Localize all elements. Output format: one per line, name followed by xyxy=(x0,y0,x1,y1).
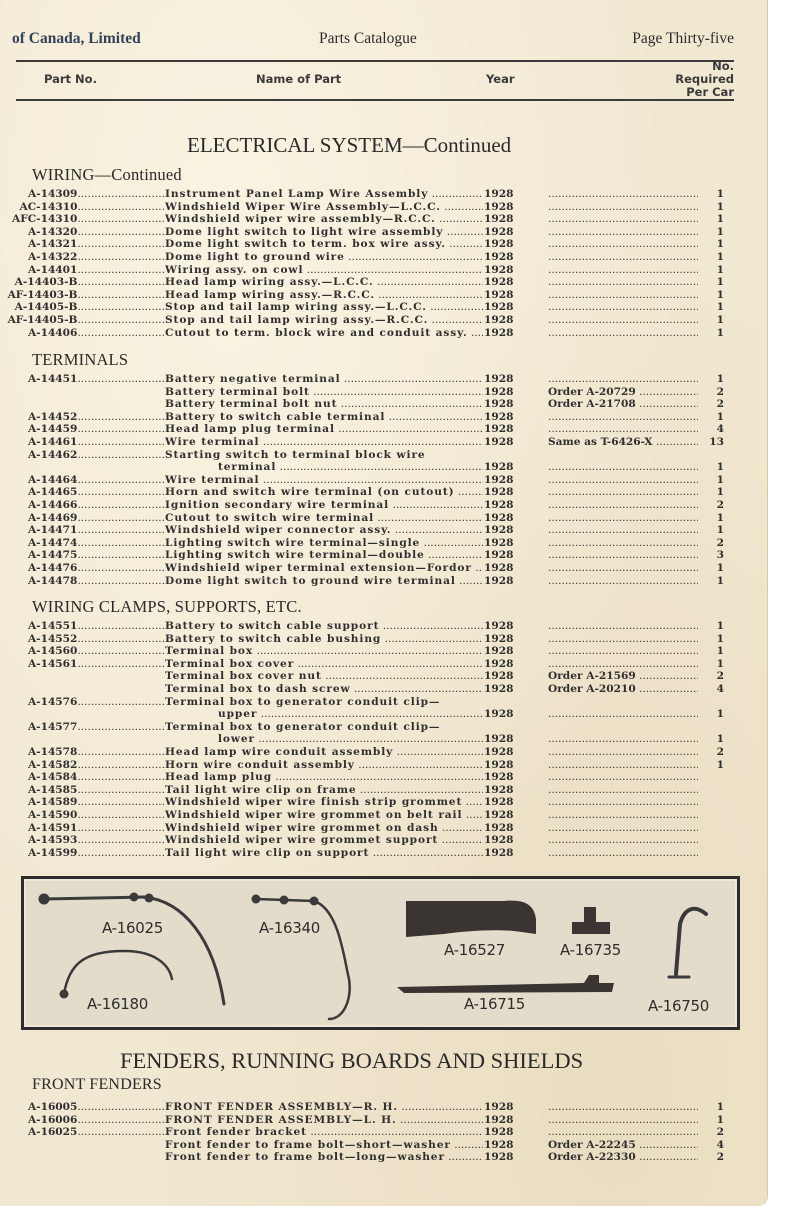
table-row: A-14320..........................Dome li… xyxy=(0,226,767,239)
table-row-continuation: lower19281 xyxy=(0,733,767,746)
part-name-continued: lower xyxy=(218,733,483,746)
part-number-cell: A-14459.......................... xyxy=(0,423,165,436)
part-number: A-14465 xyxy=(28,486,77,498)
table-row: Battery terminal bolt nut1928Order A-217… xyxy=(0,398,767,411)
table-row: AF-14405-B..........................Stop… xyxy=(0,314,767,327)
table-row: A-14591..........................Windshi… xyxy=(0,822,767,835)
part-number-cell: A-14466.......................... xyxy=(0,499,165,512)
leader-dots: .......................... xyxy=(77,373,165,385)
table-row: A-14462..........................Startin… xyxy=(0,449,767,462)
year: 1928 xyxy=(484,822,514,835)
year: 1928 xyxy=(484,658,514,671)
table-row: A-16005..........................FRONT F… xyxy=(0,1101,767,1114)
leader-dots: .......................... xyxy=(77,645,165,657)
year: 1928 xyxy=(484,809,514,822)
leader-dots: .......................... xyxy=(77,314,165,326)
table-row: A-14478..........................Dome li… xyxy=(0,575,767,588)
part-name: FRONT FENDER ASSEMBLY—L. H. xyxy=(165,1114,483,1127)
part-number: A-14403-B xyxy=(15,276,78,288)
leader-dots: .......................... xyxy=(77,1114,165,1126)
part-name: Terminal box to generator conduit clip— xyxy=(165,696,483,709)
year: 1928 xyxy=(484,499,514,512)
table-row: A-14321..........................Dome li… xyxy=(0,238,767,251)
part-name: Battery terminal bolt nut xyxy=(165,398,483,411)
year: 1928 xyxy=(484,746,514,759)
leader-dots: .......................... xyxy=(77,1101,165,1113)
part-number-cell: A-14461.......................... xyxy=(0,436,165,449)
quantity: 2 xyxy=(708,537,724,550)
part-name: Horn and switch wire terminal (on cutout… xyxy=(165,486,483,499)
leader-dots: .......................... xyxy=(77,847,165,859)
year: 1928 xyxy=(484,289,514,302)
order-note xyxy=(548,474,698,487)
part-number-cell: A-14401.......................... xyxy=(0,264,165,277)
table-row: A-14589..........................Windshi… xyxy=(0,796,767,809)
part-number: A-14322 xyxy=(28,251,77,263)
order-note xyxy=(548,314,698,327)
year: 1928 xyxy=(484,683,514,696)
part-name: Terminal box to generator conduit clip— xyxy=(165,721,483,734)
year: 1928 xyxy=(484,575,514,588)
leader-dots: .......................... xyxy=(77,759,165,771)
table-row: A-14403-B..........................Head … xyxy=(0,276,767,289)
part-number-cell: A-14321.......................... xyxy=(0,238,165,251)
year: 1928 xyxy=(484,201,514,214)
order-note: Order A-22245 xyxy=(548,1139,698,1152)
table-row: A-14466..........................Ignitio… xyxy=(0,499,767,512)
part-number-cell: AF-14403-B.......................... xyxy=(0,289,165,302)
table-row: A-14475..........................Lightin… xyxy=(0,549,767,562)
part-name: Windshield Wiper Wire Assembly—L.C.C. xyxy=(165,201,483,214)
order-note xyxy=(548,524,698,537)
quantity: 1 xyxy=(708,708,724,721)
order-note xyxy=(548,373,698,386)
year: 1928 xyxy=(484,213,514,226)
part-number-cell: A-14582.......................... xyxy=(0,759,165,772)
year: 1928 xyxy=(484,188,514,201)
quantity: 1 xyxy=(708,238,724,251)
leader-dots: .......................... xyxy=(77,549,165,561)
order-note xyxy=(548,301,698,314)
part-number: A-14462 xyxy=(28,449,77,461)
table-row: Battery terminal bolt1928Order A-207292 xyxy=(0,386,767,399)
quantity: 13 xyxy=(708,436,724,449)
table-row: A-14578..........................Head la… xyxy=(0,746,767,759)
order-note: Order A-20729 xyxy=(548,386,698,399)
order-note xyxy=(548,264,698,277)
order-note xyxy=(548,226,698,239)
part-name: Stop and tail lamp wiring assy.—L.C.C. xyxy=(165,301,483,314)
quantity: 1 xyxy=(708,327,724,340)
part-number-cell: A-14403-B.......................... xyxy=(0,276,165,289)
part-name: Head lamp wiring assy.—L.C.C. xyxy=(165,276,483,289)
part-number: A-14461 xyxy=(28,436,77,448)
page-number: Page Thirty-five xyxy=(632,30,734,48)
leader-dots: .......................... xyxy=(77,327,165,339)
part-number-cell: A-14320.......................... xyxy=(0,226,165,239)
year: 1928 xyxy=(484,386,514,399)
leader-dots: .......................... xyxy=(77,633,165,645)
part-number: A-14599 xyxy=(28,847,77,859)
leader-dots: .......................... xyxy=(77,201,165,213)
year: 1928 xyxy=(484,238,514,251)
section-title: ELECTRICAL SYSTEM—Continued xyxy=(187,133,511,158)
figure-label: A-16527 xyxy=(444,941,505,959)
part-name: Terminal box cover xyxy=(165,658,483,671)
part-name: Front fender to frame bolt—short—washer xyxy=(165,1139,483,1152)
leader-dots: .......................... xyxy=(77,423,165,435)
quantity: 2 xyxy=(708,398,724,411)
order-note xyxy=(548,562,698,575)
col-year: Year xyxy=(486,72,515,86)
order-note xyxy=(548,822,698,835)
year: 1928 xyxy=(484,796,514,809)
order-note xyxy=(548,327,698,340)
quantity: 1 xyxy=(708,474,724,487)
part-number: A-14452 xyxy=(28,411,77,423)
table-row: A-14552..........................Battery… xyxy=(0,633,767,646)
part-number: AC-14310 xyxy=(20,201,78,213)
year: 1928 xyxy=(484,486,514,499)
quantity: 1 xyxy=(708,620,724,633)
leader-dots: .......................... xyxy=(77,784,165,796)
part-number-cell: A-16006.......................... xyxy=(0,1114,165,1127)
order-note xyxy=(548,620,698,633)
year: 1928 xyxy=(484,461,514,474)
figure-label: A-16715 xyxy=(464,995,525,1013)
order-note xyxy=(548,537,698,550)
year: 1928 xyxy=(484,771,514,784)
order-note xyxy=(548,549,698,562)
part-name: Front fender to frame bolt—long—washer xyxy=(165,1151,483,1164)
quantity: 1 xyxy=(708,276,724,289)
year: 1928 xyxy=(484,733,514,746)
table-row: Front fender to frame bolt—short—washer1… xyxy=(0,1139,767,1152)
part-number: AFC-14310 xyxy=(12,213,77,225)
quantity: 2 xyxy=(708,386,724,399)
year: 1928 xyxy=(484,620,514,633)
quantity: 1 xyxy=(708,213,724,226)
figure-label: A-16340 xyxy=(259,919,320,937)
leader-dots: .......................... xyxy=(77,834,165,846)
table-row: AC-14310..........................Windsh… xyxy=(0,201,767,214)
table-row: A-14309..........................Instrum… xyxy=(0,188,767,201)
quantity: 1 xyxy=(708,512,724,525)
order-note xyxy=(548,276,698,289)
leader-dots: .......................... xyxy=(77,537,165,549)
leader-dots: .......................... xyxy=(77,771,165,783)
table-row: A-14599..........................Tail li… xyxy=(0,847,767,860)
leader-dots: .......................... xyxy=(77,696,165,708)
year: 1928 xyxy=(484,301,514,314)
part-number: A-14464 xyxy=(28,474,77,486)
part-name: Dome light switch to ground wire termina… xyxy=(165,575,483,588)
year: 1928 xyxy=(484,327,514,340)
table-row: A-16025..........................Front f… xyxy=(0,1126,767,1139)
quantity: 1 xyxy=(708,759,724,772)
part-name: Windshield wiper wire grommet on dash xyxy=(165,822,483,835)
part-name: Wiring assy. on cowl xyxy=(165,264,483,277)
table-row: A-14590..........................Windshi… xyxy=(0,809,767,822)
part-name-continued: terminal xyxy=(218,461,483,474)
quantity: 1 xyxy=(708,658,724,671)
figure-label: A-16750 xyxy=(648,997,709,1015)
part-number-cell: A-16025.......................... xyxy=(0,1126,165,1139)
year: 1928 xyxy=(484,436,514,449)
part-name: Horn wire conduit assembly xyxy=(165,759,483,772)
year: 1928 xyxy=(484,264,514,277)
year: 1928 xyxy=(484,512,514,525)
part-number: A-14593 xyxy=(28,834,77,846)
part-number: AF-14403-B xyxy=(8,289,78,301)
order-note: Same as T-6426-X xyxy=(548,436,698,449)
part-name: Head lamp plug xyxy=(165,771,483,784)
quantity: 1 xyxy=(708,251,724,264)
part-name: Dome light switch to term. box wire assy… xyxy=(165,238,483,251)
leader-dots: .......................... xyxy=(77,809,165,821)
table-row: A-14476..........................Windshi… xyxy=(0,562,767,575)
part-number: A-14466 xyxy=(28,499,77,511)
order-note xyxy=(548,746,698,759)
quantity: 1 xyxy=(708,524,724,537)
part-name: Battery negative terminal xyxy=(165,373,483,386)
part-number: A-14475 xyxy=(28,549,77,561)
part-number-cell: A-14452.......................... xyxy=(0,411,165,424)
quantity: 1 xyxy=(708,289,724,302)
year: 1928 xyxy=(484,784,514,797)
leader-dots: .......................... xyxy=(77,822,165,834)
quantity: 1 xyxy=(708,633,724,646)
part-number-cell: A-14560.......................... xyxy=(0,645,165,658)
figure-label: A-16735 xyxy=(560,941,621,959)
order-note xyxy=(548,512,698,525)
part-number-cell: A-14578.......................... xyxy=(0,746,165,759)
leader-dots: .......................... xyxy=(77,562,165,574)
table-row: A-14459..........................Head la… xyxy=(0,423,767,436)
part-name: Terminal box xyxy=(165,645,483,658)
year: 1928 xyxy=(484,276,514,289)
table-row: A-14406..........................Cutout … xyxy=(0,327,767,340)
part-number-cell: AF-14405-B.......................... xyxy=(0,314,165,327)
part-number: A-14552 xyxy=(28,633,77,645)
part-name: Terminal box cover nut xyxy=(165,670,483,683)
part-number-cell: A-14576.......................... xyxy=(0,696,165,709)
group-heading-clamps: WIRING CLAMPS, SUPPORTS, ETC. xyxy=(32,597,302,617)
col-required-line3: Per Car xyxy=(675,86,734,99)
quantity: 1 xyxy=(708,264,724,277)
part-name: Ignition secondary wire terminal xyxy=(165,499,483,512)
col-part-no: Part No. xyxy=(44,72,97,86)
part-number-cell: A-14405-B.......................... xyxy=(0,301,165,314)
quantity: 2 xyxy=(708,670,724,683)
part-name: Cutout to term. block wire and conduit a… xyxy=(165,327,483,340)
year: 1928 xyxy=(484,1139,514,1152)
year: 1928 xyxy=(484,1101,514,1114)
quantity: 1 xyxy=(708,562,724,575)
figure-label: A-16180 xyxy=(87,995,148,1013)
order-note xyxy=(548,238,698,251)
part-number: A-14585 xyxy=(28,784,77,796)
table-row: AFC-14310..........................Winds… xyxy=(0,213,767,226)
table-row: A-14464..........................Wire te… xyxy=(0,474,767,487)
year: 1928 xyxy=(484,524,514,537)
table-row: A-14469..........................Cutout … xyxy=(0,512,767,525)
part-number: A-16005 xyxy=(28,1101,77,1113)
part-name: Dome light to ground wire xyxy=(165,251,483,264)
order-note xyxy=(548,658,698,671)
order-note xyxy=(548,486,698,499)
part-number-cell: AC-14310.......................... xyxy=(0,201,165,214)
table-row: A-14561..........................Termina… xyxy=(0,658,767,671)
year: 1928 xyxy=(484,670,514,683)
year: 1928 xyxy=(484,226,514,239)
order-note xyxy=(548,708,698,721)
part-number: A-14560 xyxy=(28,645,77,657)
leader-dots: .......................... xyxy=(77,226,165,238)
year: 1928 xyxy=(484,411,514,424)
part-name: FRONT FENDER ASSEMBLY—R. H. xyxy=(165,1101,483,1114)
order-note xyxy=(548,784,698,797)
order-note xyxy=(548,1101,698,1114)
part-number-cell: A-14451.......................... xyxy=(0,373,165,386)
part-number: A-14590 xyxy=(28,809,77,821)
year: 1928 xyxy=(484,645,514,658)
order-note: Order A-22330 xyxy=(548,1151,698,1164)
leader-dots: .......................... xyxy=(77,188,165,200)
quantity: 1 xyxy=(708,411,724,424)
table-row: A-14560..........................Termina… xyxy=(0,645,767,658)
part-name: Lighting switch wire terminal—double xyxy=(165,549,483,562)
part-number: A-14471 xyxy=(28,524,77,536)
table-row: A-14474..........................Lightin… xyxy=(0,537,767,550)
leader-dots: .......................... xyxy=(77,575,165,587)
part-number: A-14405-B xyxy=(15,301,78,313)
year: 1928 xyxy=(484,633,514,646)
order-note xyxy=(548,251,698,264)
part-name: Terminal box to dash screw xyxy=(165,683,483,696)
part-number: A-14451 xyxy=(28,373,77,385)
table-row: A-14585..........................Tail li… xyxy=(0,784,767,797)
part-number: A-14478 xyxy=(28,575,77,587)
part-name: Head lamp plug terminal xyxy=(165,423,483,436)
part-number: A-14578 xyxy=(28,746,77,758)
leader-dots: .......................... xyxy=(77,213,165,225)
part-number-cell: A-14599.......................... xyxy=(0,847,165,860)
table-row: AF-14403-B..........................Head… xyxy=(0,289,767,302)
table-row: A-14582..........................Horn wi… xyxy=(0,759,767,772)
table-row: A-14452..........................Battery… xyxy=(0,411,767,424)
part-number-cell: A-14474.......................... xyxy=(0,537,165,550)
quantity: 2 xyxy=(708,499,724,512)
part-name: Tail light wire clip on support xyxy=(165,847,483,860)
year: 1928 xyxy=(484,1126,514,1139)
table-row: Terminal box cover nut1928Order A-215692 xyxy=(0,670,767,683)
part-name: Battery to switch cable bushing xyxy=(165,633,483,646)
part-name: Wire terminal xyxy=(165,474,483,487)
part-name: Instrument Panel Lamp Wire Assembly xyxy=(165,188,483,201)
order-note xyxy=(548,499,698,512)
year: 1928 xyxy=(484,1151,514,1164)
part-name: Battery terminal bolt xyxy=(165,386,483,399)
col-required: No. Required Per Car xyxy=(675,60,734,99)
part-number-cell: A-14551.......................... xyxy=(0,620,165,633)
order-note xyxy=(548,834,698,847)
order-note xyxy=(548,213,698,226)
part-number-cell: A-14322.......................... xyxy=(0,251,165,264)
quantity: 1 xyxy=(708,733,724,746)
order-note xyxy=(548,201,698,214)
order-note xyxy=(548,188,698,201)
quantity: 1 xyxy=(708,575,724,588)
part-name: Battery to switch cable support xyxy=(165,620,483,633)
leader-dots: .......................... xyxy=(77,1126,165,1138)
table-row: A-14405-B..........................Stop … xyxy=(0,301,767,314)
part-number-cell: A-14471.......................... xyxy=(0,524,165,537)
quantity: 1 xyxy=(708,188,724,201)
page-header: of Canada, Limited Parts Catalogue Page … xyxy=(12,30,734,52)
part-number: A-14459 xyxy=(28,423,77,435)
part-number: A-14476 xyxy=(28,562,77,574)
part-number: A-14584 xyxy=(28,771,77,783)
part-number: A-14576 xyxy=(28,696,77,708)
part-number: A-14309 xyxy=(28,188,77,200)
leader-dots: .......................... xyxy=(77,436,165,448)
part-name: Stop and tail lamp wiring assy.—R.C.C. xyxy=(165,314,483,327)
order-note xyxy=(548,809,698,822)
table-row-continuation: terminal19281 xyxy=(0,461,767,474)
year: 1928 xyxy=(484,474,514,487)
part-number: A-14551 xyxy=(28,620,77,632)
part-number: A-14321 xyxy=(28,238,77,250)
leader-dots: .......................... xyxy=(77,620,165,632)
part-number-cell: A-14561.......................... xyxy=(0,658,165,671)
parts-illustration: A-16025 A-16340 A-16527 A-16735 A-16180 … xyxy=(21,876,740,1030)
table-row: A-14584..........................Head la… xyxy=(0,771,767,784)
part-name: Front fender bracket xyxy=(165,1126,483,1139)
header-rule-bottom xyxy=(16,99,734,101)
part-number-cell: A-14584.......................... xyxy=(0,771,165,784)
leader-dots: .......................... xyxy=(77,449,165,461)
group-heading-wiring: WIRING—Continued xyxy=(32,165,182,185)
order-note xyxy=(548,771,698,784)
leader-dots: .......................... xyxy=(77,524,165,536)
table-row: A-14576..........................Termina… xyxy=(0,696,767,709)
part-name: Windshield wiper wire finish strip gromm… xyxy=(165,796,483,809)
part-name: Windshield wiper connector assy. xyxy=(165,524,483,537)
order-note xyxy=(548,733,698,746)
quantity: 4 xyxy=(708,683,724,696)
table-row: A-14461..........................Wire te… xyxy=(0,436,767,449)
catalogue-title: Parts Catalogue xyxy=(319,30,417,48)
part-number: A-14401 xyxy=(28,264,77,276)
leader-dots: .......................... xyxy=(77,276,165,288)
quantity: 1 xyxy=(708,1101,724,1114)
table-row: A-14401..........................Wiring … xyxy=(0,264,767,277)
leader-dots: .......................... xyxy=(77,238,165,250)
quantity: 1 xyxy=(708,201,724,214)
part-number-cell: A-14591.......................... xyxy=(0,822,165,835)
year: 1928 xyxy=(484,759,514,772)
quantity: 2 xyxy=(708,1126,724,1139)
part-name: Wire terminal xyxy=(165,436,483,449)
part-name: Lighting switch wire terminal—single xyxy=(165,537,483,550)
table-row: A-16006..........................FRONT F… xyxy=(0,1114,767,1127)
part-number-cell: A-16005.......................... xyxy=(0,1101,165,1114)
table-row: Front fender to frame bolt—long—washer19… xyxy=(0,1151,767,1164)
leader-dots: .......................... xyxy=(77,499,165,511)
part-number: A-16006 xyxy=(28,1114,77,1126)
part-name-continued: upper xyxy=(218,708,483,721)
